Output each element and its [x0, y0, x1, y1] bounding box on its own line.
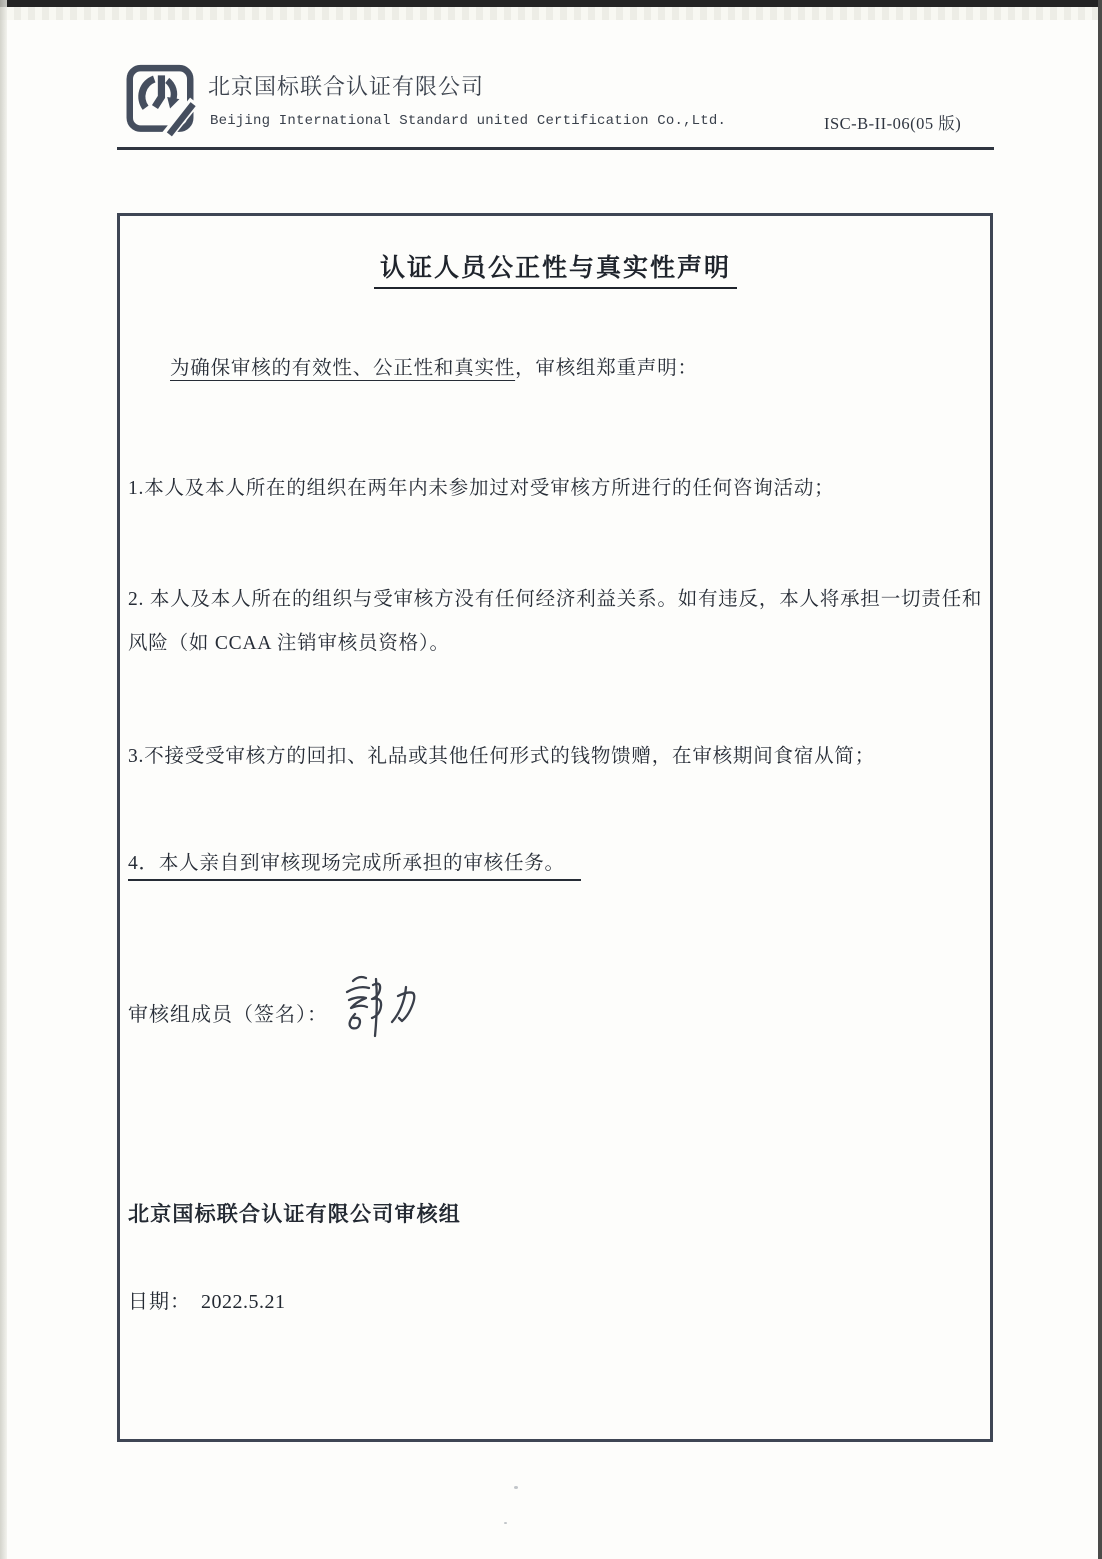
declaration-item-3: 3.不接受受审核方的回扣、礼品或其他任何形式的钱物馈赠，在审核期间食宿从简；: [128, 740, 875, 768]
document-frame: [117, 213, 993, 1442]
declaration-item-4: 4．本人亲自到审核现场完成所承担的审核任务。: [128, 847, 581, 875]
declaration-item-1: 1.本人及本人所在的组织在两年内未参加过对受审核方所进行的任何咨询活动；: [128, 472, 834, 500]
intro-underlined-text: 为确保审核的有效性、公正性和真实性: [170, 358, 515, 379]
scan-speck: [514, 1486, 518, 1489]
signature-label: 审核组成员（签名）：: [128, 998, 328, 1027]
intro-paragraph: 为确保审核的有效性、公正性和真实性，审核组郑重声明：: [170, 352, 698, 380]
scan-texture-band: [0, 7, 1102, 20]
audit-team-line: 北京国标联合认证有限公司审核组: [128, 1198, 461, 1228]
header-divider: [117, 147, 994, 150]
declaration-item-2: 2. 本人及本人所在的组织与受审核方没有任何经济利益关系。如有违反，本人将承担一…: [128, 578, 990, 666]
handwritten-signature: [338, 972, 430, 1046]
company-logo-icon: [124, 62, 196, 142]
form-number: ISC-B-II-06(05 版): [824, 110, 961, 134]
intro-rest-text: ，审核组郑重声明：: [515, 358, 698, 379]
scan-edge-left: [0, 0, 7, 1559]
document-title: 认证人员公正性与真实性声明: [117, 248, 994, 289]
scanned-document-page: 北京国标联合认证有限公司 Beijing International Stand…: [0, 0, 1102, 1559]
scan-edge-top: [0, 0, 1102, 7]
date-label: 日期：: [128, 1291, 191, 1313]
company-name-cn: 北京国标联合认证有限公司: [208, 70, 484, 101]
scan-speck: [504, 1522, 507, 1524]
scan-edge-right: [1098, 0, 1102, 1559]
date-line: 日期：2022.5.21: [128, 1285, 286, 1314]
company-name-en: Beijing International Standard united Ce…: [210, 113, 726, 129]
date-value: 2022.5.21: [201, 1291, 286, 1313]
